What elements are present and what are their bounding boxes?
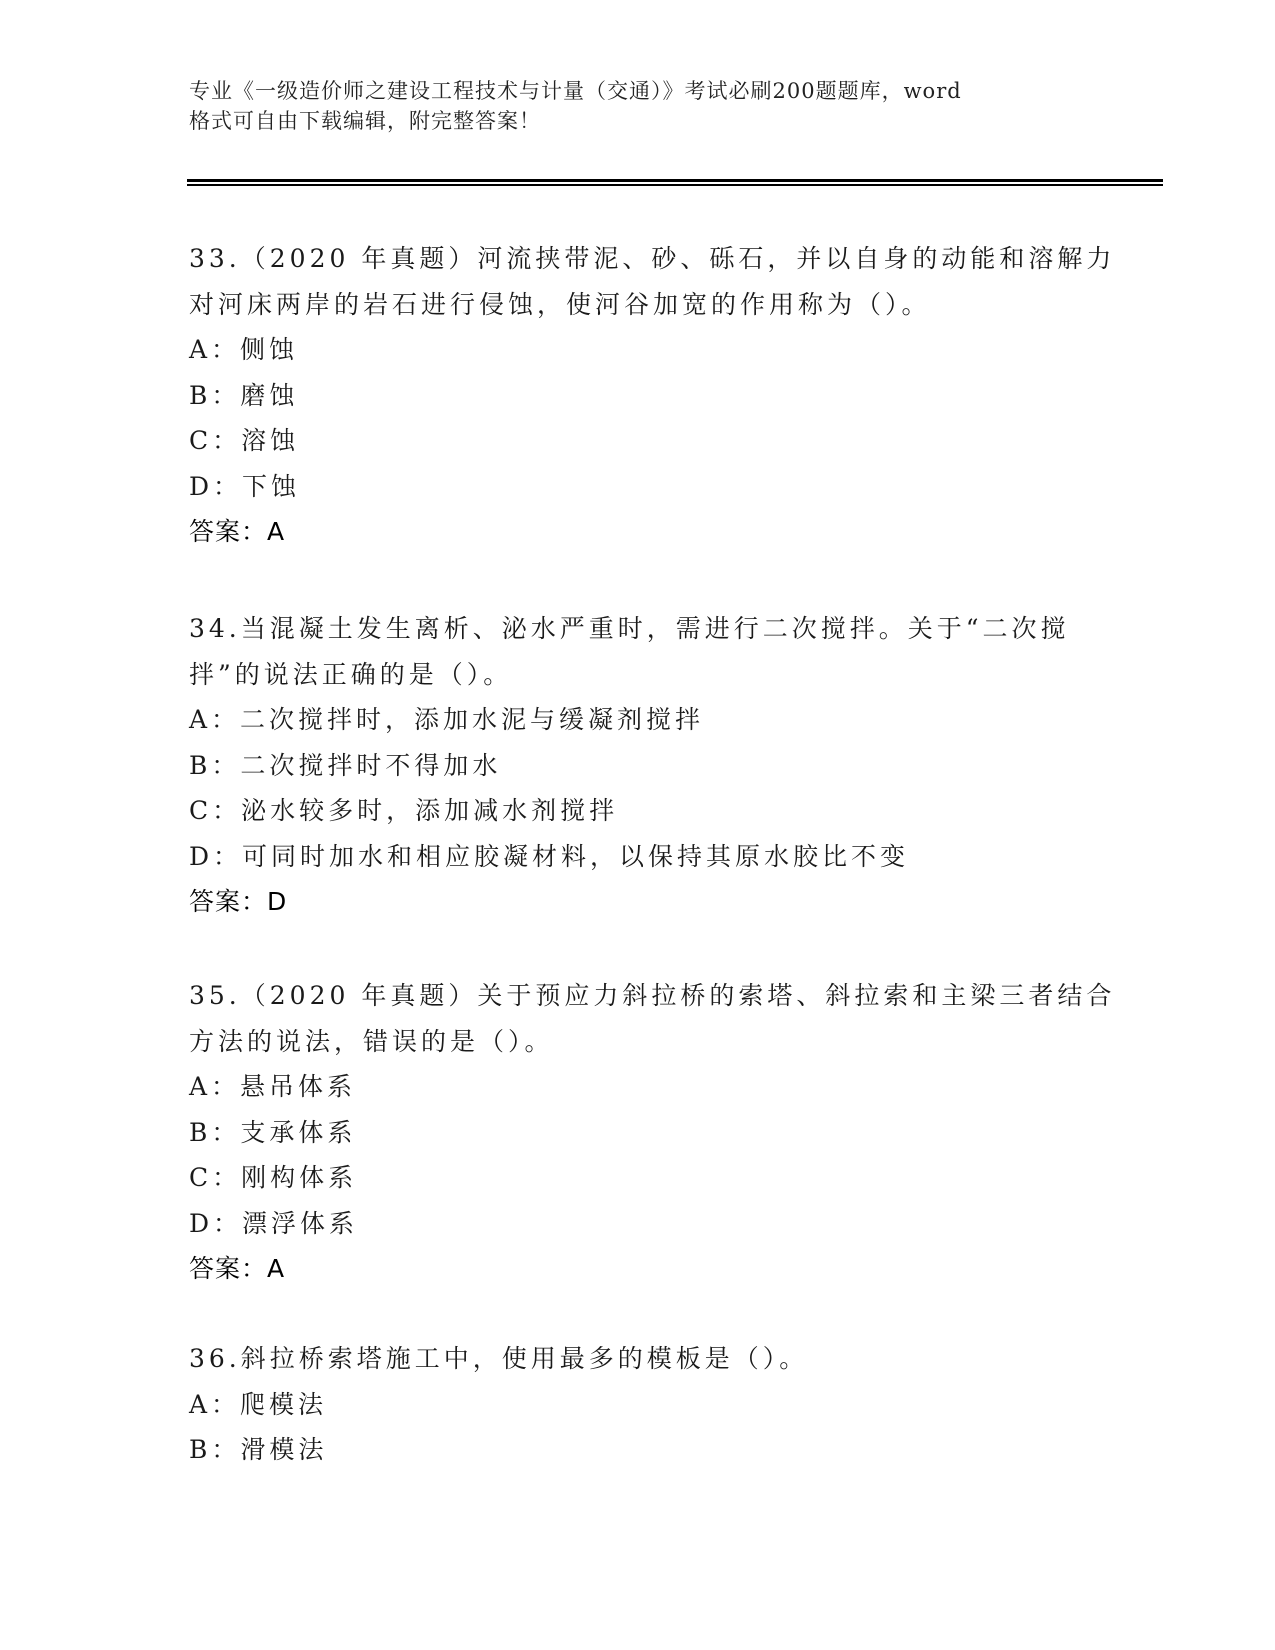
option-a: A：爬模法	[189, 1382, 1189, 1428]
question-33: 33.（2020 年真题）河流挟带泥、砂、砾石，并以自身的动能和溶解力 对河床两…	[189, 236, 1189, 555]
answer: 答案：D	[189, 879, 1189, 925]
question-stem: 35.（2020 年真题）关于预应力斜拉桥的索塔、斜拉索和主梁三者结合	[189, 973, 1189, 1019]
header-divider-thin	[187, 184, 1163, 186]
option-b: B：滑模法	[189, 1427, 1189, 1473]
answer: 答案：A	[189, 509, 1189, 555]
option-c: C：泌水较多时，添加减水剂搅拌	[189, 788, 1189, 834]
question-36: 36.斜拉桥索塔施工中，使用最多的模板是（）。 A：爬模法 B：滑模法	[189, 1336, 1189, 1473]
option-a: A：悬吊体系	[189, 1064, 1189, 1110]
question-stem: 34.当混凝土发生离析、泌水严重时，需进行二次搅拌。关于“二次搅	[189, 606, 1189, 652]
header-divider-thick	[187, 179, 1163, 182]
option-a: A：二次搅拌时，添加水泥与缓凝剂搅拌	[189, 697, 1189, 743]
question-stem: 拌”的说法正确的是（）。	[189, 652, 1189, 698]
answer: 答案：A	[189, 1246, 1189, 1292]
option-b: B：支承体系	[189, 1110, 1189, 1156]
option-d: D：下蚀	[189, 464, 1189, 510]
option-b: B：磨蚀	[189, 373, 1189, 419]
option-c: C：溶蚀	[189, 418, 1189, 464]
question-stem: 方法的说法，错误的是（）。	[189, 1019, 1189, 1065]
option-a: A：侧蚀	[189, 327, 1189, 373]
option-d: D：可同时加水和相应胶凝材料，以保持其原水胶比不变	[189, 834, 1189, 880]
option-c: C：刚构体系	[189, 1155, 1189, 1201]
question-stem: 对河床两岸的岩石进行侵蚀，使河谷加宽的作用称为（）。	[189, 282, 1189, 328]
question-stem: 36.斜拉桥索塔施工中，使用最多的模板是（）。	[189, 1336, 1189, 1382]
question-stem: 33.（2020 年真题）河流挟带泥、砂、砾石，并以自身的动能和溶解力	[189, 236, 1189, 282]
question-34: 34.当混凝土发生离析、泌水严重时，需进行二次搅拌。关于“二次搅 拌”的说法正确…	[189, 606, 1189, 925]
header-line-2: 格式可自由下载编辑，附完整答案！	[189, 106, 1109, 136]
option-b: B：二次搅拌时不得加水	[189, 743, 1189, 789]
header-line-1: 专业《一级造价师之建设工程技术与计量（交通）》考试必刷200题题库，word	[189, 76, 1109, 106]
document-header: 专业《一级造价师之建设工程技术与计量（交通）》考试必刷200题题库，word 格…	[189, 76, 1109, 136]
question-35: 35.（2020 年真题）关于预应力斜拉桥的索塔、斜拉索和主梁三者结合 方法的说…	[189, 973, 1189, 1292]
option-d: D：漂浮体系	[189, 1201, 1189, 1247]
